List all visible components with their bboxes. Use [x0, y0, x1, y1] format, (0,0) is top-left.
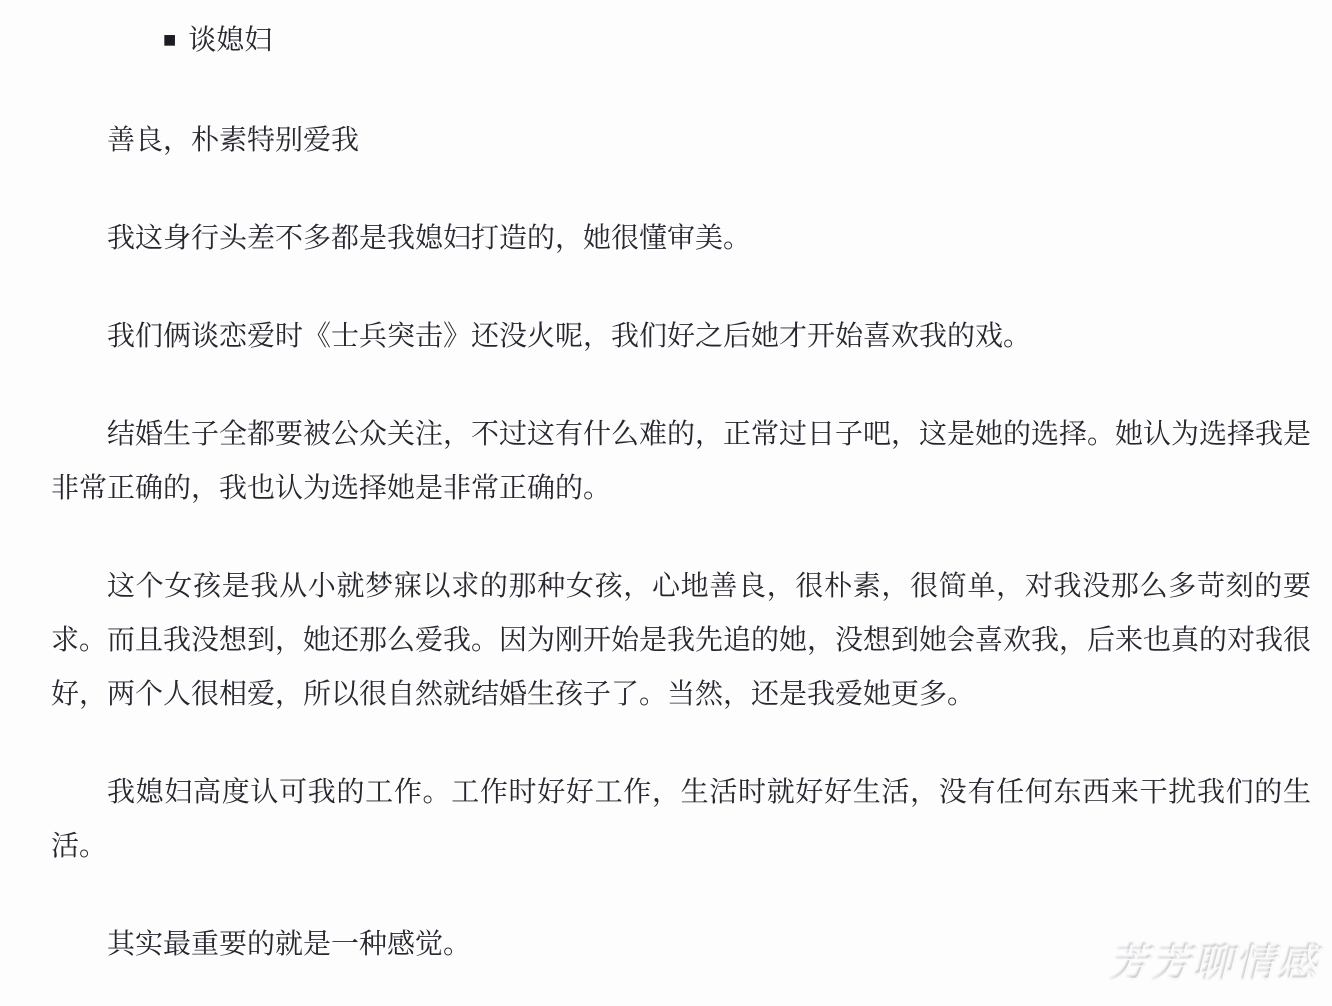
article-page: ■谈媳妇 善良，朴素特别爱我 我这身行头差不多都是我媳妇打造的，她很懂审美。 我…: [0, 0, 1332, 1006]
paragraph: 结婚生子全都要被公众关注，不过这有什么难的，正常过日子吧，这是她的选择。她认为选…: [51, 407, 1311, 515]
section-heading: ■谈媳妇: [51, 13, 1311, 69]
paragraph: 这个女孩是我从小就梦寐以求的那种女孩，心地善良，很朴素，很简单，对我没那么多苛刻…: [51, 559, 1311, 721]
section-heading-label: 谈媳妇: [188, 24, 272, 55]
article-content: ■谈媳妇 善良，朴素特别爱我 我这身行头差不多都是我媳妇打造的，她很懂审美。 我…: [0, 0, 1332, 971]
paragraph-subtitle: 善良，朴素特别爱我: [51, 113, 1311, 167]
paragraph: 我们俩谈恋爱时《士兵突击》还没火呢，我们好之后她才开始喜欢我的戏。: [51, 309, 1311, 363]
square-bullet-icon: ■: [107, 13, 176, 67]
paragraph: 我这身行头差不多都是我媳妇打造的，她很懂审美。: [51, 211, 1311, 265]
paragraph: 其实最重要的就是一种感觉。: [51, 917, 1311, 971]
paragraph: 我媳妇高度认可我的工作。工作时好好工作，生活时就好好生活，没有任何东西来干扰我们…: [51, 765, 1311, 873]
